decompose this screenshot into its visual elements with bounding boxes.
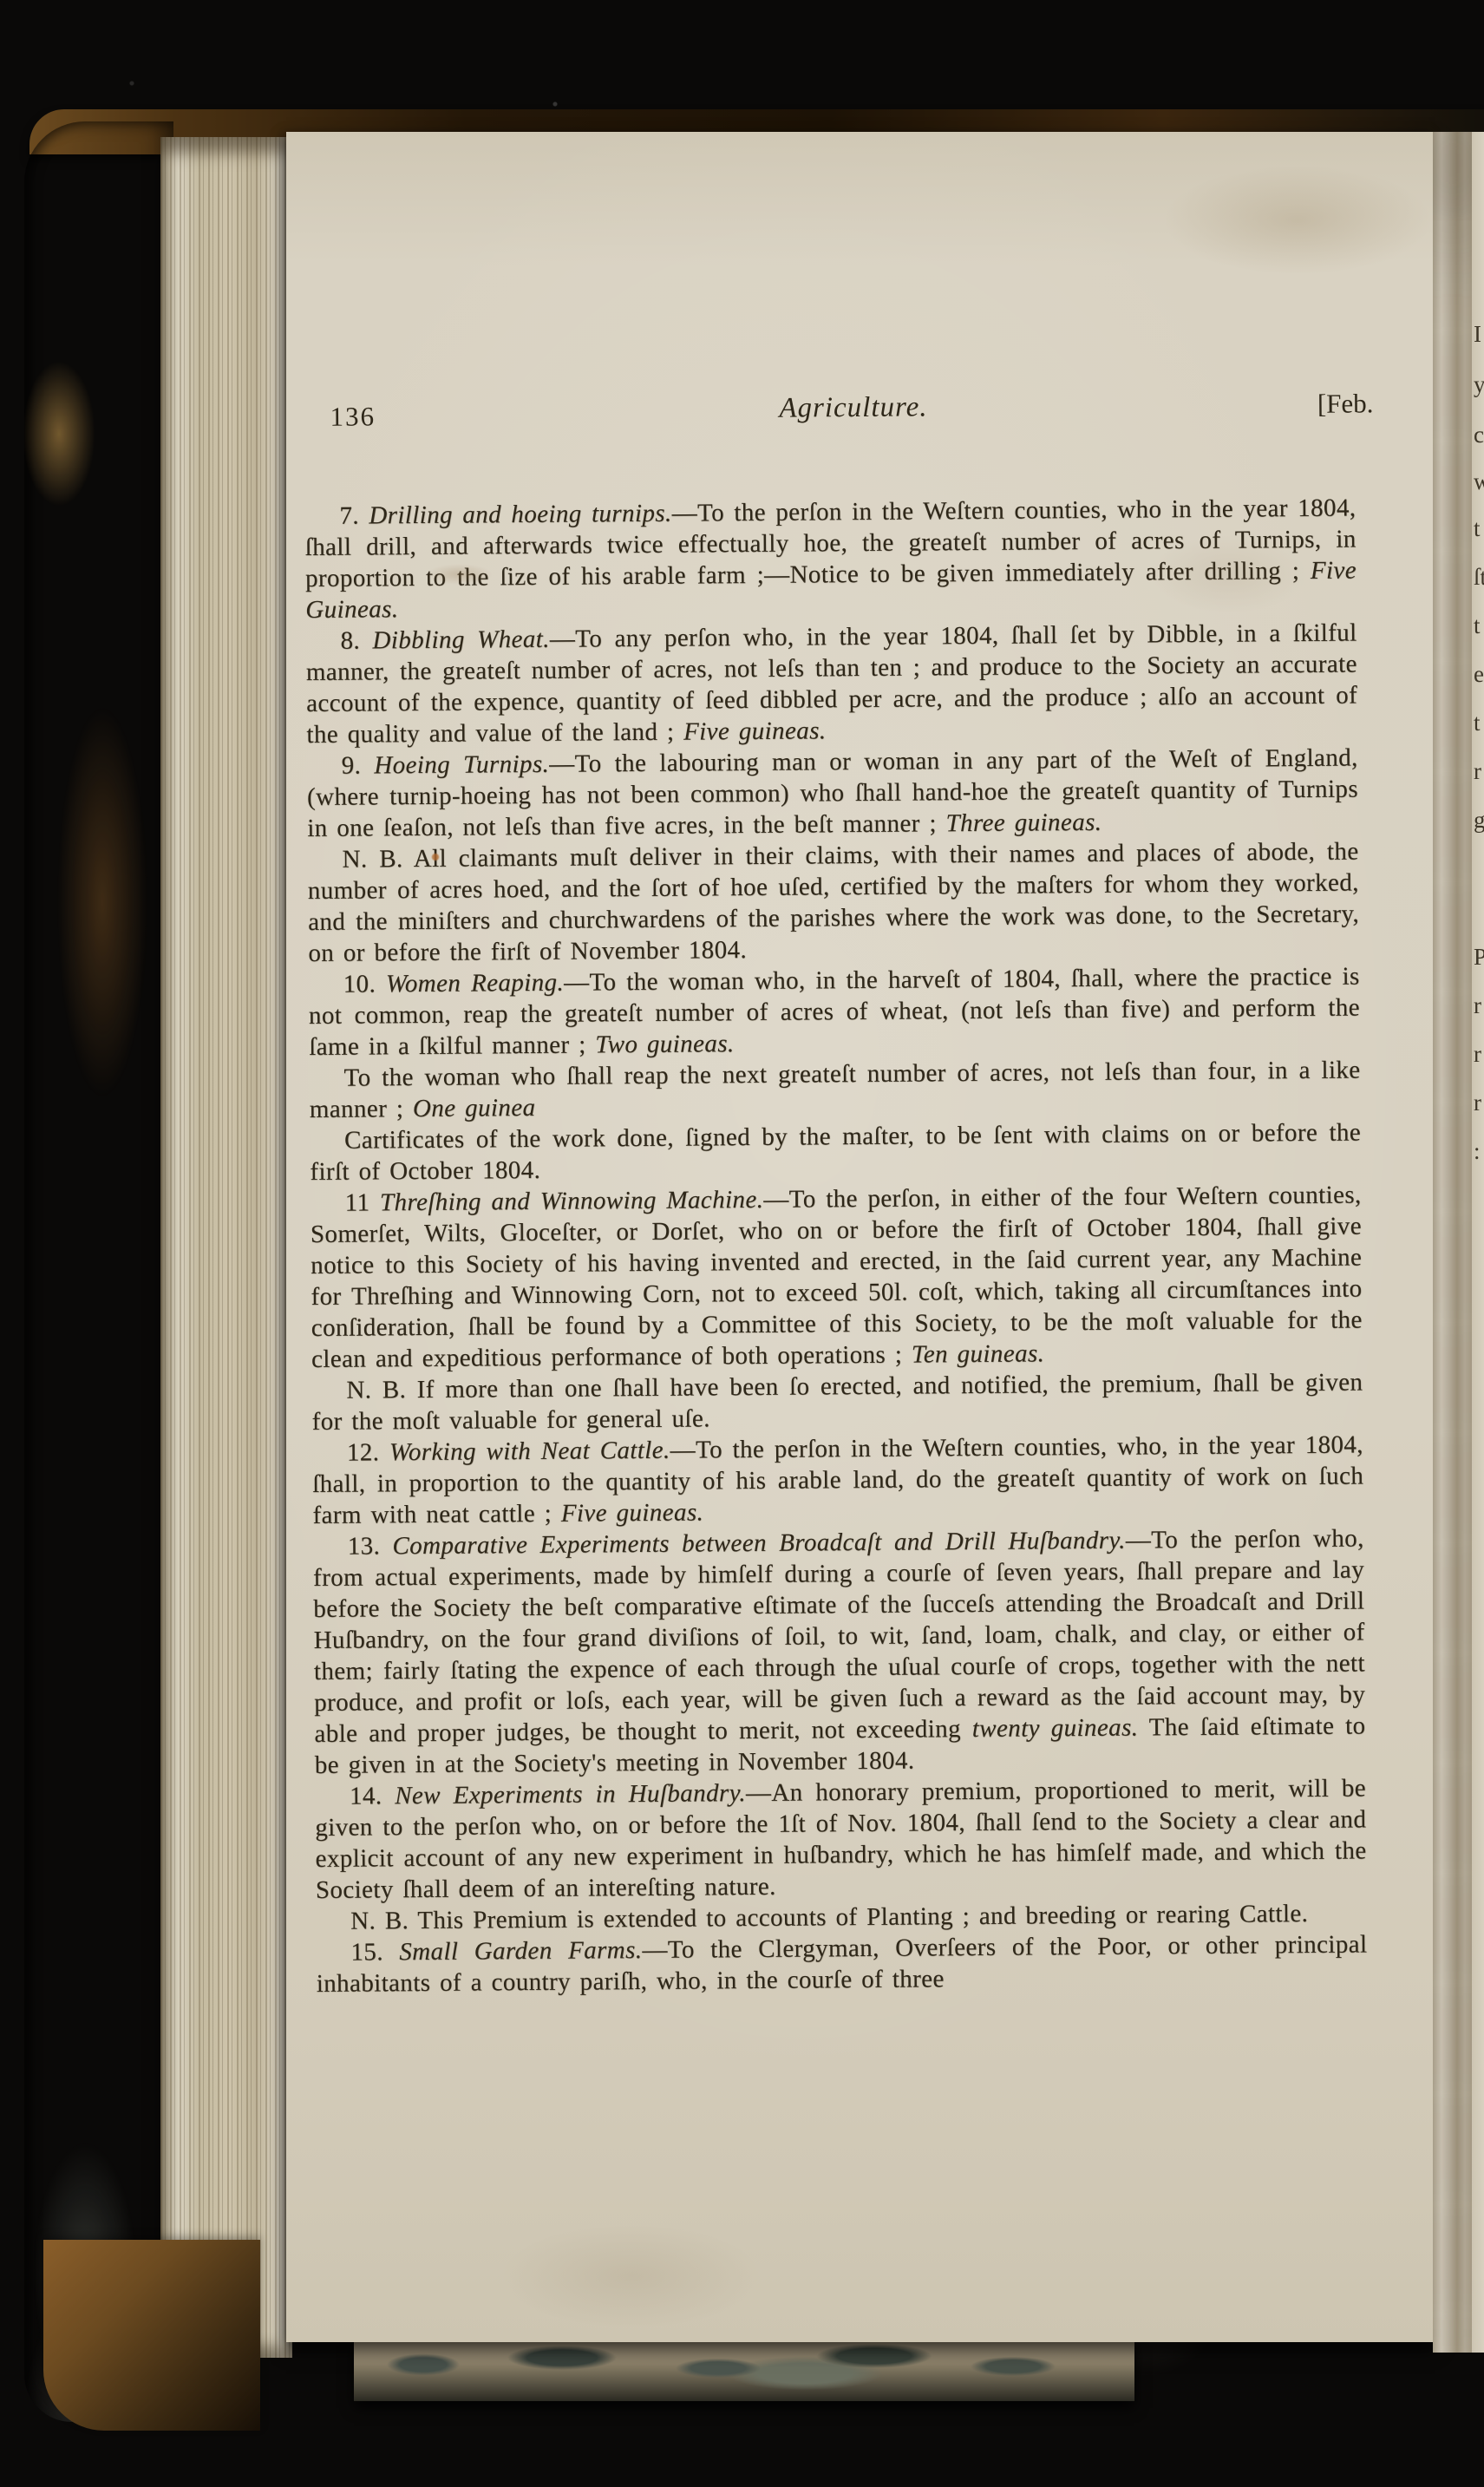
facing-page-fragment: I xyxy=(1474,321,1481,348)
paragraph: 7. Drilling and hoeing turnips.—To the p… xyxy=(304,492,1357,625)
page-edge-stack xyxy=(160,137,292,2358)
text-segment: 7. xyxy=(339,501,369,529)
text-segment: Five guineas. xyxy=(683,717,827,745)
text-segment: Threſhing and Winnowing Machine. xyxy=(380,1186,764,1216)
scan-background: 136 Agriculture. [Feb. 7. Drilling and h… xyxy=(0,0,1484,2487)
paragraph: N. B. If more than one ſhall have been ſ… xyxy=(311,1366,1363,1437)
text-segment: twenty guineas. xyxy=(972,1714,1139,1744)
text-segment: Three guineas. xyxy=(945,808,1102,837)
paragraph: 13. Comparative Experiments between Broa… xyxy=(313,1522,1366,1781)
text-segment: 8. xyxy=(340,626,372,654)
facing-page-fragment: r xyxy=(1474,1041,1481,1068)
text-segment: Ten guineas. xyxy=(912,1339,1045,1368)
text-segment: Small Garden Farms. xyxy=(399,1936,642,1966)
text-segment: 11 xyxy=(345,1188,381,1216)
facing-page-strip: IycwtſttetrgPrrr: xyxy=(1472,132,1484,2353)
book-cover-left xyxy=(24,121,173,2422)
text-segment: Five guineas. xyxy=(561,1498,704,1527)
page-surface: 136 Agriculture. [Feb. 7. Drilling and h… xyxy=(278,128,1444,2346)
facing-page-fragment: c xyxy=(1474,422,1484,448)
paragraph: 8. Dibbling Wheat.—To any perſon who, in… xyxy=(305,617,1357,750)
issue-date: [Feb. xyxy=(1317,388,1374,420)
text-segment: One guinea xyxy=(413,1094,536,1122)
marbled-page-edge xyxy=(354,2339,1134,2401)
paragraph: 9. Hoeing Turnips.—To the labouring man … xyxy=(307,742,1359,844)
paragraph: To the woman who ſhall reap the next gre… xyxy=(309,1054,1361,1125)
text-segment: 13. xyxy=(348,1532,393,1560)
text-segment: 9. xyxy=(342,751,375,779)
text-segment: 14. xyxy=(350,1782,395,1810)
text-segment: Comparative Experiments between Broadcaſ… xyxy=(392,1527,1126,1561)
facing-page-fragment: y xyxy=(1474,371,1484,398)
book-page: 136 Agriculture. [Feb. 7. Drilling and h… xyxy=(286,132,1435,2342)
facing-page-fragment: ſt xyxy=(1474,564,1484,591)
text-segment: 10. xyxy=(343,970,386,998)
text-segment: Cartificates of the work done, ſigned by… xyxy=(310,1118,1361,1186)
book-cover-bottom-corner xyxy=(43,2240,260,2431)
facing-page-fragment: w xyxy=(1474,468,1484,495)
text-segment: Drilling and hoeing turnips. xyxy=(369,500,672,530)
text-segment: 12. xyxy=(347,1438,389,1466)
text-segment: N. B. If more than one ſhall have been ſ… xyxy=(312,1368,1363,1436)
running-title: Agriculture. xyxy=(330,388,1376,428)
facing-page-fragment: P xyxy=(1474,944,1484,971)
text-segment: 15. xyxy=(350,1938,399,1966)
paragraph: 14. New Experiments in Huſbandry.—An hon… xyxy=(315,1772,1367,1906)
text-segment: New Experiments in Huſbandry. xyxy=(395,1779,746,1810)
facing-page-fragment: r xyxy=(1474,758,1481,785)
page-header: 136 Agriculture. [Feb. xyxy=(330,388,1376,435)
facing-page-fragment: t xyxy=(1474,710,1481,736)
page-body: 7. Drilling and hoeing turnips.—To the p… xyxy=(304,492,1368,1999)
facing-page-fragment: t xyxy=(1474,515,1481,542)
text-segment: Dibbling Wheat. xyxy=(372,625,550,655)
facing-page-fragment: e xyxy=(1474,661,1484,688)
facing-page-fragment: r xyxy=(1474,1090,1481,1116)
paragraph: 15. Small Garden Farms.—To the Clergyman… xyxy=(316,1928,1368,1999)
paragraph: Cartificates of the work done, ſigned by… xyxy=(310,1116,1362,1188)
book-gutter xyxy=(1433,132,1472,2353)
text-segment: Two guineas. xyxy=(595,1030,735,1058)
text-segment: Hoeing Turnips. xyxy=(374,750,549,780)
paragraph: 10. Women Reaping.—To the woman who, in … xyxy=(309,960,1361,1063)
facing-page-fragment: : xyxy=(1474,1138,1481,1165)
facing-page-fragment: r xyxy=(1474,992,1481,1019)
facing-page-fragment: g xyxy=(1474,807,1484,834)
text-segment: Women Reaping. xyxy=(386,969,564,998)
text-segment: N. B. All claimants muſt deliver in thei… xyxy=(308,837,1359,967)
text-segment: Working with Neat Cattle. xyxy=(389,1437,670,1467)
paragraph: N. B. All claimants muſt deliver in thei… xyxy=(307,835,1359,969)
paragraph: 11 Threſhing and Winnowing Machine.—To t… xyxy=(311,1179,1363,1375)
facing-page-fragment: t xyxy=(1474,612,1481,639)
paragraph: 12. Working with Neat Cattle.—To the per… xyxy=(312,1429,1364,1531)
